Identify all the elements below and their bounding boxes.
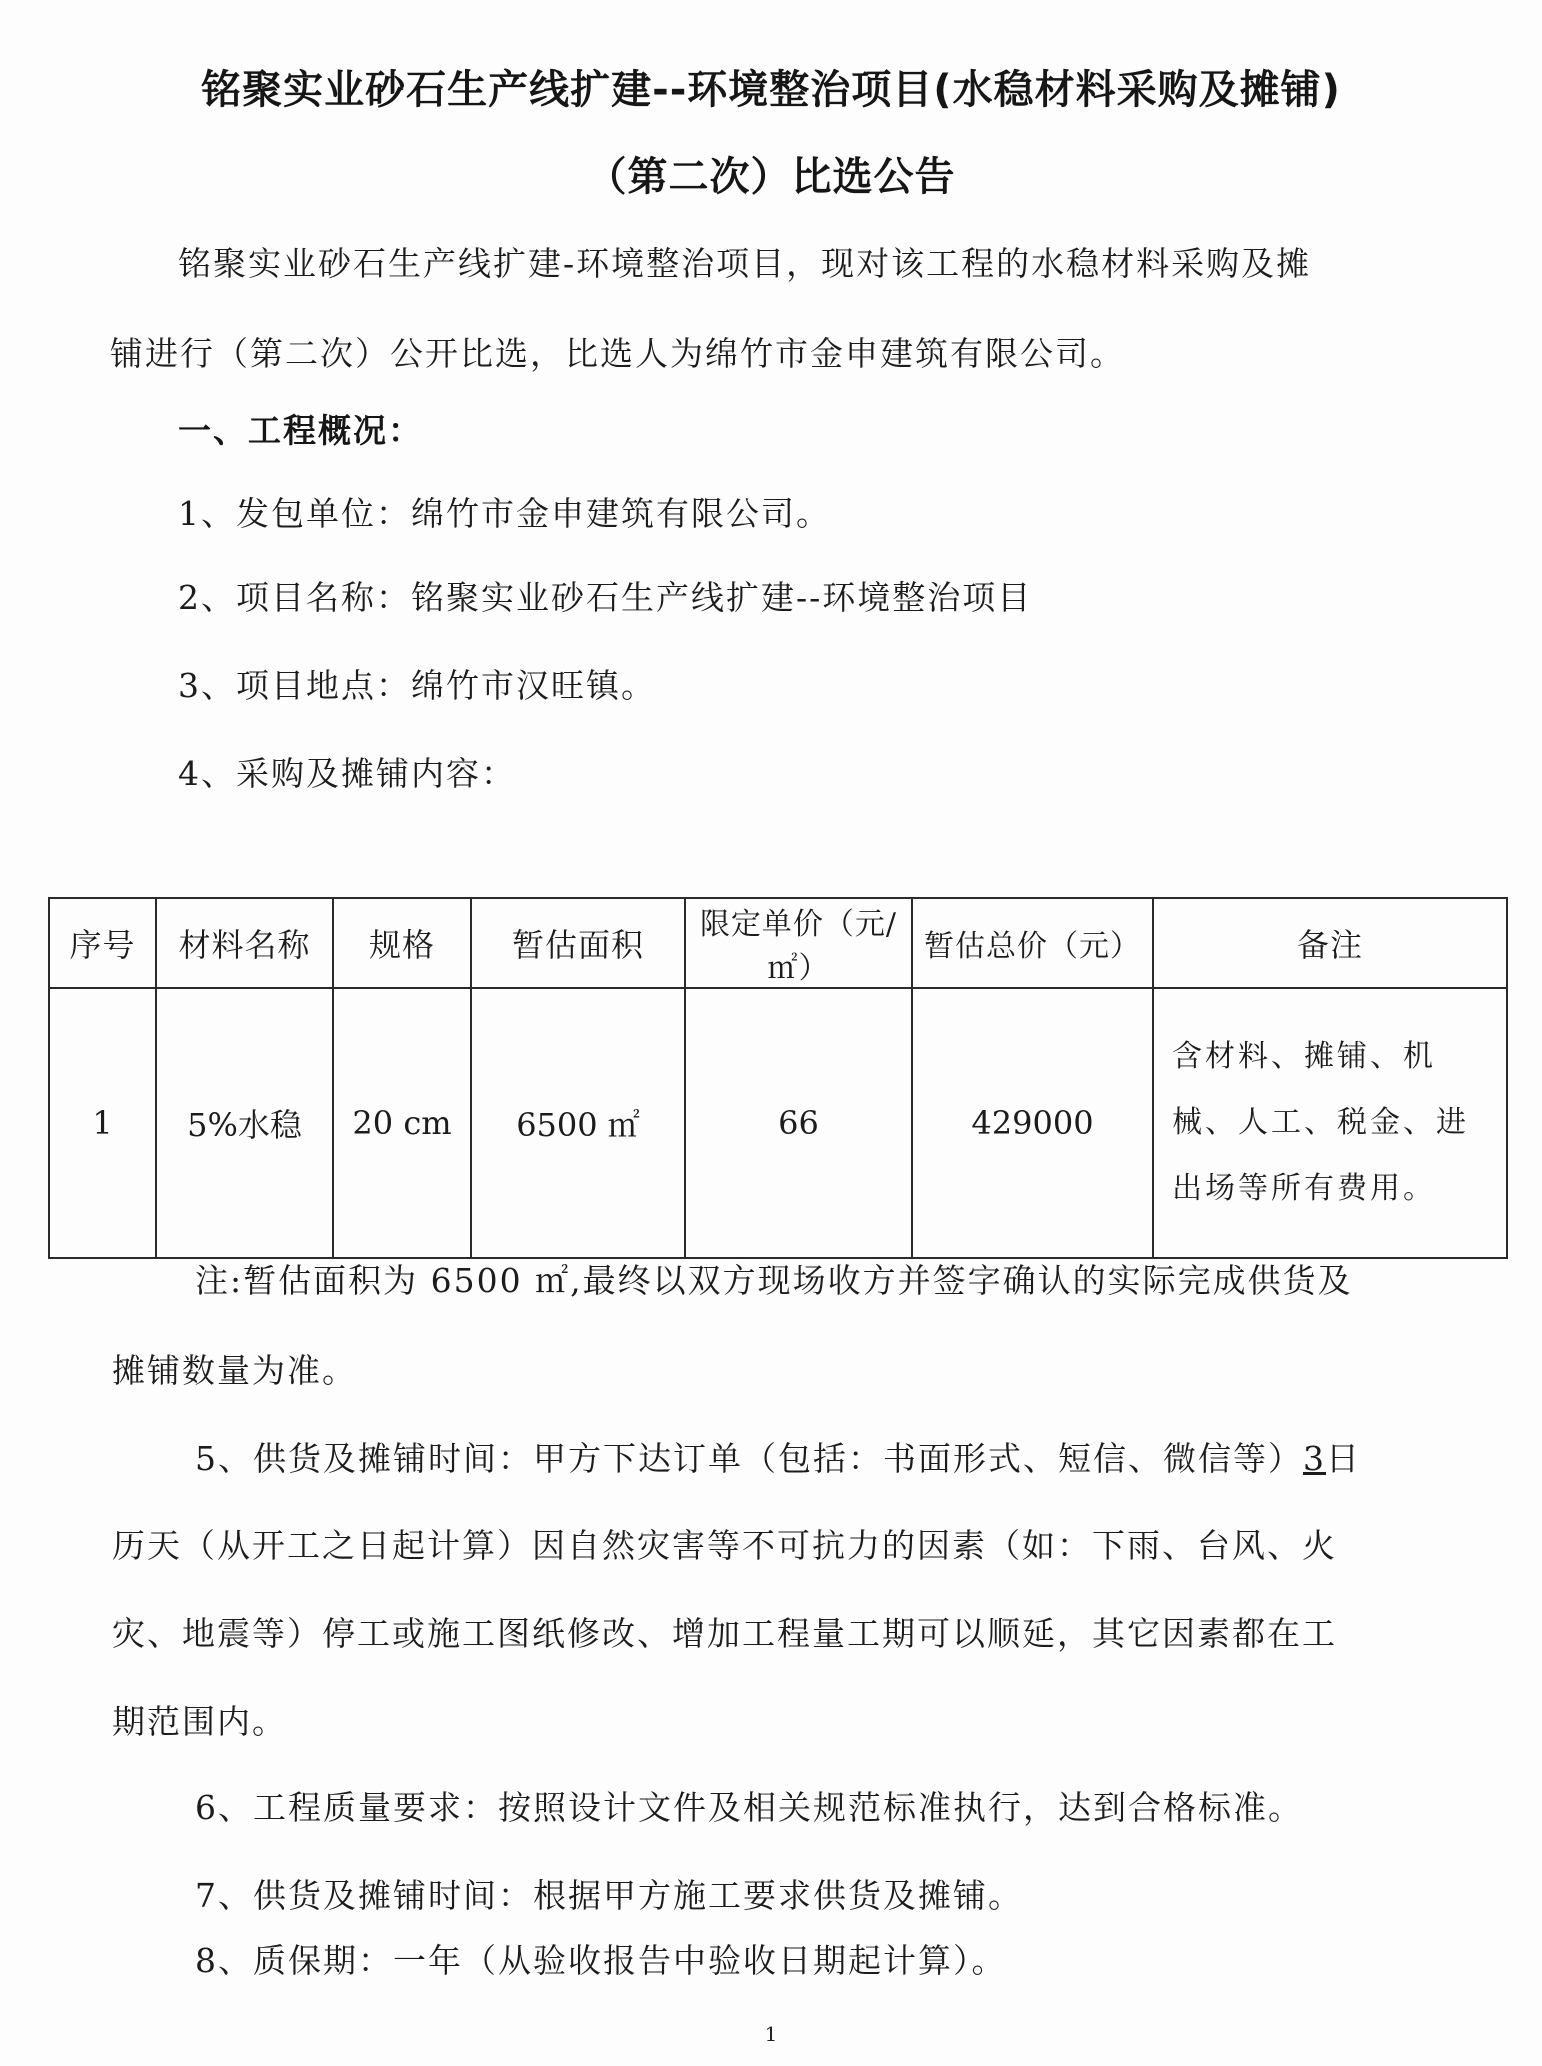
column-header-spec: 规格 [333,898,471,988]
procurement-table: 序号 材料名称 规格 暂估面积 限定单价（元/㎡） 暂估总价（元） 备注 1 5… [48,897,1508,1259]
section-heading-project-overview: 一、工程概况： [178,405,423,452]
item-supply-time-days: 3 [1303,1439,1326,1478]
cell-spec: 20 cm [333,988,471,1258]
document-title-line1: 铭聚实业砂石生产线扩建--环境整治项目(水稳材料采购及摊铺) [0,58,1542,115]
cell-unit-price: 66 [685,988,912,1258]
item-project-location: 3、项目地点：绵竹市汉旺镇。 [178,660,656,707]
cell-material: 5%水稳 [156,988,333,1258]
table-header-row: 序号 材料名称 规格 暂估面积 限定单价（元/㎡） 暂估总价（元） 备注 [49,898,1507,988]
cell-total-price: 429000 [912,988,1153,1258]
intro-paragraph-line2: 铺进行（第二次）公开比选，比选人为绵竹市金申建筑有限公司。 [110,328,1125,375]
column-header-area: 暂估面积 [471,898,685,988]
column-header-unit-price: 限定单价（元/㎡） [685,898,912,988]
item-procurement-content: 4、采购及摊铺内容： [178,748,516,795]
document-page: 铭聚实业砂石生产线扩建--环境整治项目(水稳材料采购及摊铺) （第二次）比选公告… [0,0,1542,2066]
column-header-total-price: 暂估总价（元） [912,898,1153,988]
item-contractor: 1、发包单位：绵竹市金申建筑有限公司。 [178,488,831,535]
item-supply-time-text: 5、供货及摊铺时间：甲方下达订单（包括：书面形式、短信、微信等） [195,1439,1303,1478]
column-header-material: 材料名称 [156,898,333,988]
item-supply-schedule: 7、供货及摊铺时间：根据甲方施工要求供货及摊铺。 [195,1870,1023,1917]
item-project-name: 2、项目名称：铭聚实业砂石生产线扩建--环境整治项目 [178,572,1032,619]
column-header-remark: 备注 [1153,898,1507,988]
table-row: 1 5%水稳 20 cm 6500 ㎡ 66 429000 含材料、摊铺、机械、… [49,988,1507,1258]
cell-remark: 含材料、摊铺、机械、人工、税金、进出场等所有费用。 [1153,988,1507,1258]
note-line2: 摊铺数量为准。 [112,1345,357,1392]
cell-area: 6500 ㎡ [471,988,685,1258]
item-warranty-period: 8、质保期：一年（从验收报告中验收日期起计算）。 [195,1935,1007,1982]
item-supply-time-unit: 日 [1326,1439,1361,1478]
page-number: 1 [0,2022,1542,2046]
column-header-index: 序号 [49,898,156,988]
cell-index: 1 [49,988,156,1258]
note-line1: 注:暂估面积为 6500 ㎡,最终以双方现场收方并签字确认的实际完成供货及 [195,1255,1353,1302]
item-supply-time-line3: 灾、地震等）停工或施工图纸修改、增加工程量工期可以顺延，其它因素都在工 [112,1608,1337,1655]
item-quality-requirement: 6、工程质量要求：按照设计文件及相关规范标准执行，达到合格标准。 [195,1782,1303,1829]
item-supply-time-line2: 历天（从开工之日起计算）因自然灾害等不可抗力的因素（如：下雨、台风、火 [112,1520,1337,1567]
document-title-line2: （第二次）比选公告 [0,145,1542,202]
item-supply-time-line4: 期范围内。 [112,1696,287,1743]
item-supply-time-line1: 5、供货及摊铺时间：甲方下达订单（包括：书面形式、短信、微信等）3日 [195,1433,1361,1480]
intro-paragraph-line1: 铭聚实业砂石生产线扩建-环境整治项目，现对该工程的水稳材料采购及摊 [178,238,1311,285]
